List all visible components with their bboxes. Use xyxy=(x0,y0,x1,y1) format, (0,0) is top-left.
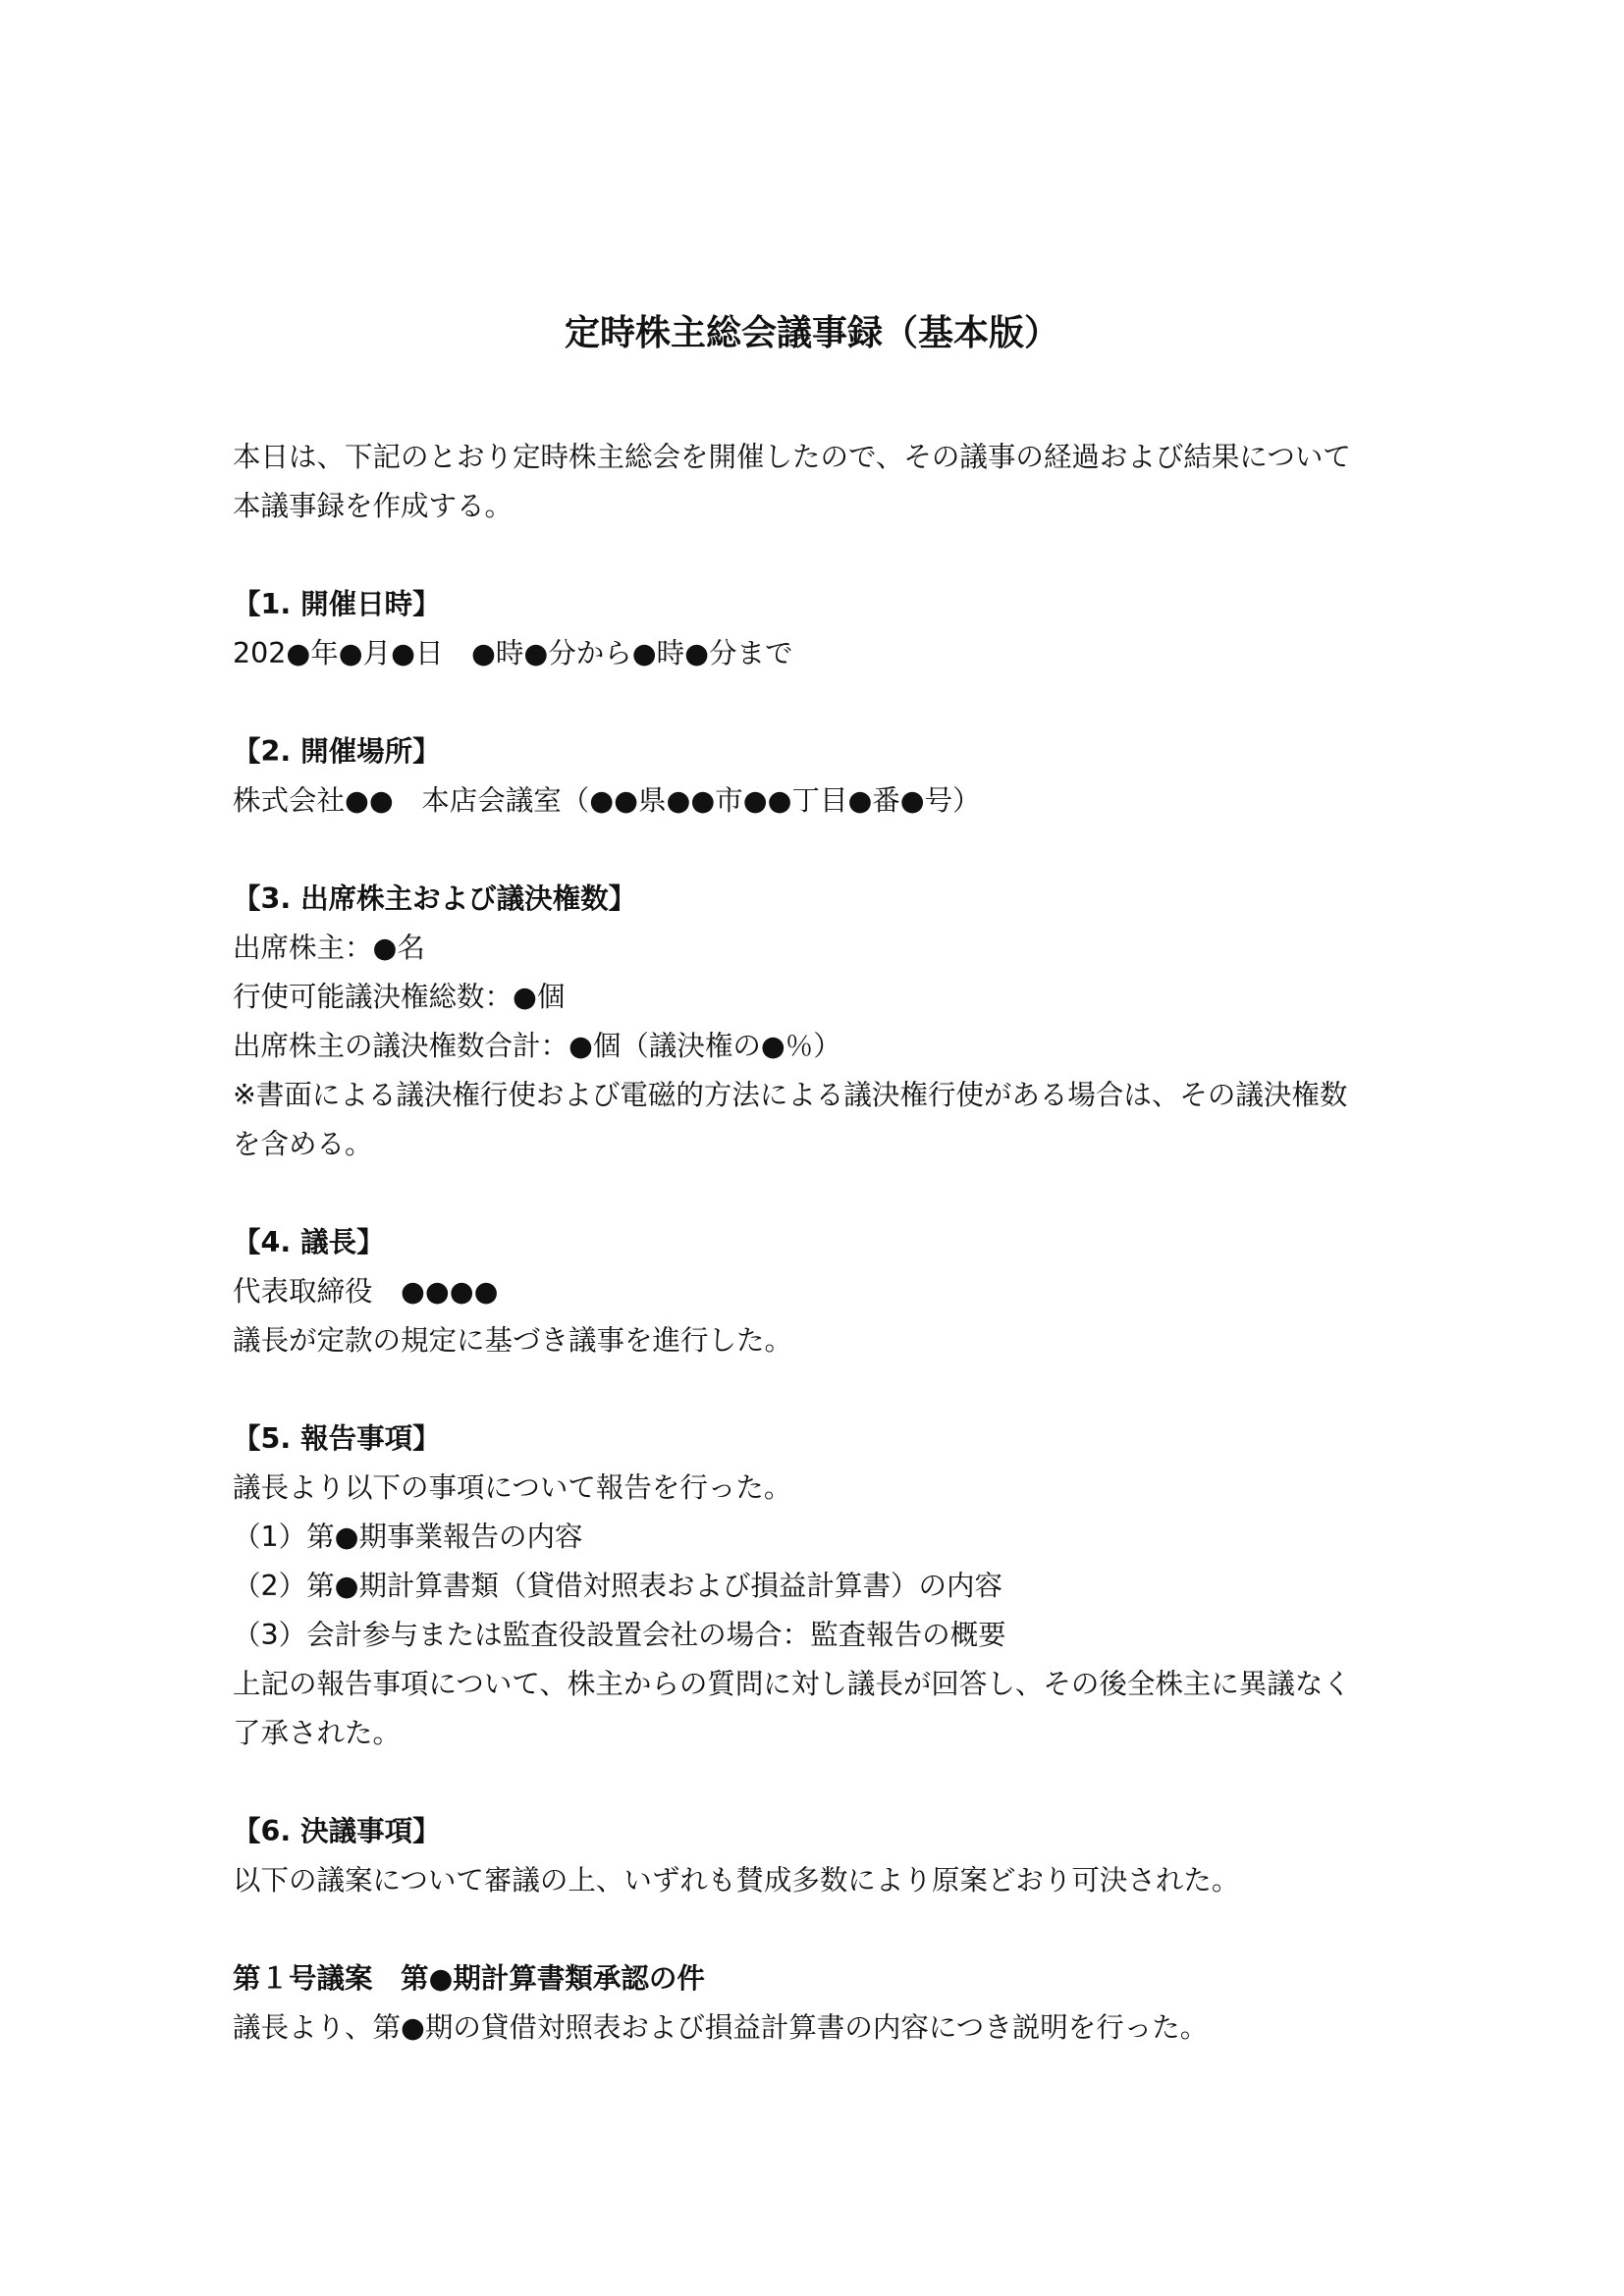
report-item: （2）第●期計算書類（貸借対照表および損益計算書）の内容 xyxy=(233,1562,1401,1611)
total-voting-rights: 行使可能議決権総数：●個 xyxy=(233,973,1401,1022)
section-attendance: 【3. 出席株主および議決権数】 出席株主：●名 行使可能議決権総数：●個 出席… xyxy=(233,875,1401,1169)
spacer xyxy=(233,1758,1401,1807)
section-heading: 【6. 決議事項】 xyxy=(233,1807,1401,1856)
proposal-text: 議長より、第●期の貸借対照表および損益計算書の内容につき説明を行った。 xyxy=(233,2003,1401,2053)
note-line: ※書面による議決権行使および電磁的方法による議決権行使がある場合は、その議決権数 xyxy=(233,1071,1401,1120)
report-item: （1）第●期事業報告の内容 xyxy=(233,1513,1401,1562)
spacer xyxy=(233,531,1401,580)
section-meeting-datetime: 【1. 開催日時】 202●年●月●日 ●時●分から●時●分まで xyxy=(233,580,1401,678)
document-body: 本日は、下記のとおり定時株主総会を開催したので、その議事の経過および結果について… xyxy=(233,433,1401,2053)
spacer xyxy=(233,1905,1401,1954)
attending-voting-rights: 出席株主の議決権数合計：●個（議決権の●％） xyxy=(233,1022,1401,1071)
resolution-summary: 以下の議案について審議の上、いずれも賛成多数により原案どおり可決された。 xyxy=(233,1856,1401,1905)
section-heading: 【1. 開催日時】 xyxy=(233,580,1401,629)
attending-shareholders: 出席株主：●名 xyxy=(233,924,1401,973)
note-line: を含める。 xyxy=(233,1120,1401,1169)
report-intro: 議長より以下の事項について報告を行った。 xyxy=(233,1464,1401,1513)
intro-line: 本議事録を作成する。 xyxy=(233,482,1401,531)
spacer xyxy=(233,678,1401,727)
spacer xyxy=(233,1169,1401,1218)
section-heading: 【2. 開催場所】 xyxy=(233,727,1401,776)
datetime-text: 202●年●月●日 ●時●分から●時●分まで xyxy=(233,629,1401,678)
page-title: 定時株主総会議事録（基本版） xyxy=(0,308,1624,359)
report-conclusion: 上記の報告事項について、株主からの質問に対し議長が回答し、その後全株主に異議なく xyxy=(233,1660,1401,1709)
section-resolutions: 【6. 決議事項】 以下の議案について審議の上、いずれも賛成多数により原案どおり… xyxy=(233,1807,1401,1905)
section-chairperson: 【4. 議長】 代表取締役 ●●●● 議長が定款の規定に基づき議事を進行した。 xyxy=(233,1218,1401,1365)
section-report-items: 【5. 報告事項】 議長より以下の事項について報告を行った。 （1）第●期事業報… xyxy=(233,1415,1401,1758)
intro-line: 本日は、下記のとおり定時株主総会を開催したので、その議事の経過および結果について xyxy=(233,433,1401,482)
spacer xyxy=(233,1365,1401,1415)
section-heading: 【3. 出席株主および議決権数】 xyxy=(233,875,1401,924)
section-heading: 【4. 議長】 xyxy=(233,1218,1401,1267)
place-text: 株式会社●● 本店会議室（●●県●●市●●丁目●番●号） xyxy=(233,776,1401,826)
proposal-1: 第１号議案 第●期計算書類承認の件 議長より、第●期の貸借対照表および損益計算書… xyxy=(233,1954,1401,2053)
proposal-heading: 第１号議案 第●期計算書類承認の件 xyxy=(233,1954,1401,2003)
intro-paragraph: 本日は、下記のとおり定時株主総会を開催したので、その議事の経過および結果について… xyxy=(233,433,1401,531)
report-item: （3）会計参与または監査役設置会社の場合：監査報告の概要 xyxy=(233,1611,1401,1660)
chairperson-name: 代表取締役 ●●●● xyxy=(233,1267,1401,1316)
chairperson-note: 議長が定款の規定に基づき議事を進行した。 xyxy=(233,1316,1401,1365)
section-meeting-place: 【2. 開催場所】 株式会社●● 本店会議室（●●県●●市●●丁目●番●号） xyxy=(233,727,1401,826)
section-heading: 【5. 報告事項】 xyxy=(233,1415,1401,1464)
spacer xyxy=(233,826,1401,875)
report-conclusion: 了承された。 xyxy=(233,1709,1401,1758)
